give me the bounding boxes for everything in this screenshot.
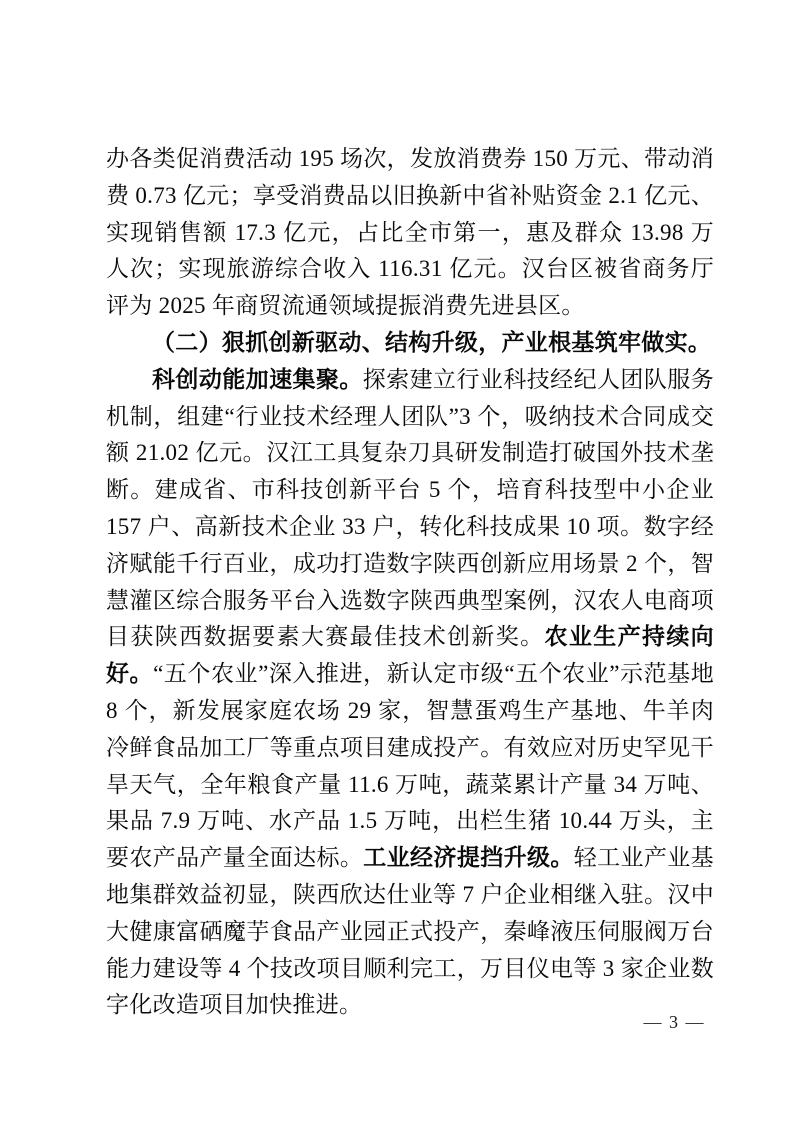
page-number: — 3 —: [644, 1012, 706, 1033]
paragraph-consumption-results: 办各类促消费活动 195 场次，发放消费券 150 万元、带动消费 0.73 亿…: [106, 141, 714, 325]
section-heading-text: （二）狠抓创新驱动、结构升级，产业根基筑牢做实。: [152, 330, 711, 355]
document-body: 办各类促消费活动 195 场次，发放消费券 150 万元、带动消费 0.73 亿…: [106, 141, 714, 1024]
section-heading-two: （二）狠抓创新驱动、结构升级，产业根基筑牢做实。: [106, 325, 714, 362]
paragraph-innovation-industry: 科创动能加速集聚。探索建立行业科技经纪人团队服务机制，组建“行业技术经理人团队”…: [106, 362, 714, 1024]
text-run: 办各类促消费活动 195 场次，发放消费券 150 万元、带动消费 0.73 亿…: [106, 146, 714, 318]
text-run: 轻工业产业基地集群效益初显，陕西欣达仕业等 7 户企业相继入驻。汉中大健康富硒魔…: [106, 845, 714, 1017]
bold-lead-industry-upgrade: 工业经济提挡升级。: [363, 845, 573, 870]
document-page: 办各类促消费活动 195 场次，发放消费券 150 万元、带动消费 0.73 亿…: [0, 0, 793, 1122]
text-run: “五个农业”深入推进，新认定市级“五个农业”示范基地 8 个，新发展家庭农场 2…: [106, 661, 714, 870]
text-run: 探索建立行业科技经纪人团队服务机制，组建“行业技术经理人团队”3 个，吸纳技术合…: [106, 367, 714, 650]
bold-lead-sci-tech-momentum: 科创动能加速集聚。: [152, 367, 363, 392]
